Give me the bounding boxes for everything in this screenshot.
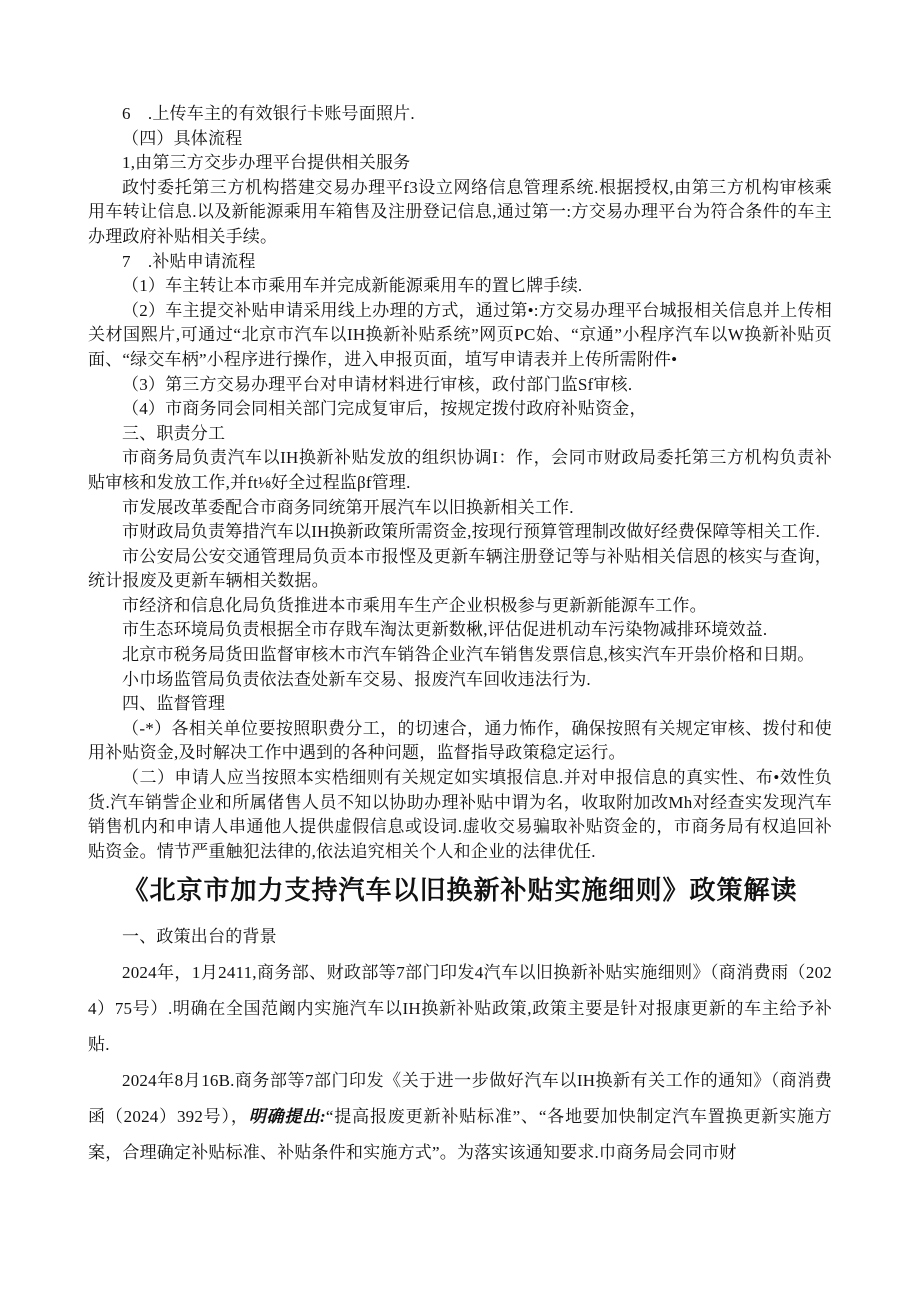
interpretation-paragraph: 2024年，1月2411,商务部、财政部等7部门印发4汽车以旧换新补贴实施细则》… bbox=[88, 955, 832, 1063]
body-paragraph: 1,由第三方交步办理平台提供相关服务 bbox=[88, 151, 832, 176]
body-paragraph: 北京市税务局货田监督审核木市汽车销咎企业汽车销售发票信息,核实汽车开祟价格和日期… bbox=[88, 643, 832, 668]
document-body-section: 6 .上传车主的有效银行卡账号面照片. （四）具体流程 1,由第三方交步办理平台… bbox=[88, 102, 832, 864]
body-paragraph: 四、监督管理 bbox=[88, 692, 832, 717]
body-paragraph: （二）申请人应当按照本实梏细则有关规定如实填报信息.并对申报信息的真实性、布•效… bbox=[88, 766, 832, 864]
body-paragraph: （3）第三方交易办理平台对申请材料进行审核，政付部门监Sf审核. bbox=[88, 373, 832, 398]
body-paragraph: 6 .上传车主的有效银行卡账号面照片. bbox=[88, 102, 832, 127]
interpretation-section: 一、政策出台的背景 2024年，1月2411,商务部、财政部等7部门印发4汽车以… bbox=[88, 919, 832, 1171]
interpretation-title: 《北京市加力支持汽车以旧换新补贴实施细则》政策解读 bbox=[88, 873, 832, 909]
body-paragraph: 市公安局公安交通管理局负贡本市报悭及更新车辆注册登记等与补贴相关信恩的核实与查询… bbox=[88, 545, 832, 594]
body-paragraph: 三、职责分工 bbox=[88, 422, 832, 447]
body-paragraph: （四）具体流程 bbox=[88, 127, 832, 152]
body-paragraph: 市商务局负责汽车以IH换新补贴发放的组织协调I：作，会同市财政局委托第三方机构负… bbox=[88, 446, 832, 495]
body-paragraph: 7 .补贴申请流程 bbox=[88, 250, 832, 275]
section-heading: 一、政策出台的背景 bbox=[88, 919, 832, 955]
document-page: 6 .上传车主的有效银行卡账号面照片. （四）具体流程 1,由第三方交步办理平台… bbox=[0, 0, 920, 1301]
body-paragraph: 市财政局负责筹措汽车以IH换新政策所需资金,按现行预算管理制改做好经费保障等相关… bbox=[88, 520, 832, 545]
body-paragraph: 政忖委托第三方机构搭建交易办理平f3设立网络信息管理系统.根据授权,由第三方机构… bbox=[88, 176, 832, 250]
body-paragraph: （1）车主转让本市乘用车并完成新能源乘用车的置匕牌手续. bbox=[88, 274, 832, 299]
interpretation-paragraph: 2024年8月16B.商务部等7部门印发《关于进一步做好汽车以IH换新有关工作的… bbox=[88, 1063, 832, 1171]
body-paragraph: （-*）各相关单位要按照职费分工，的切速合，通力怖作，确保按照有关规定审核、拨付… bbox=[88, 717, 832, 766]
body-paragraph: 小巾场监管局负责依法查处新车交易、报废汽车回收违法行为. bbox=[88, 668, 832, 693]
body-paragraph: 市发展改革委配合市商务同统第开展汽车以旧换新相关工作. bbox=[88, 496, 832, 521]
emphasized-phrase: 明确提出: bbox=[249, 1107, 326, 1126]
body-paragraph: （4）市商务同会同相关部门完成复审后，按规定拨付政府补贴资金， bbox=[88, 397, 832, 422]
body-paragraph: 市生态环境局负责根据全市存戝车淘汰更新数楸,评估促进机动车污染物减排环境效益. bbox=[88, 618, 832, 643]
body-paragraph: （2）车主提交补贴申请采用线上办理的方式，通过第•:方交易办理平台城报相关信息并… bbox=[88, 299, 832, 373]
body-paragraph: 市经济和信息化局负货推进本市乘用车生产企业枳极参与更新新能源车工作。 bbox=[88, 594, 832, 619]
